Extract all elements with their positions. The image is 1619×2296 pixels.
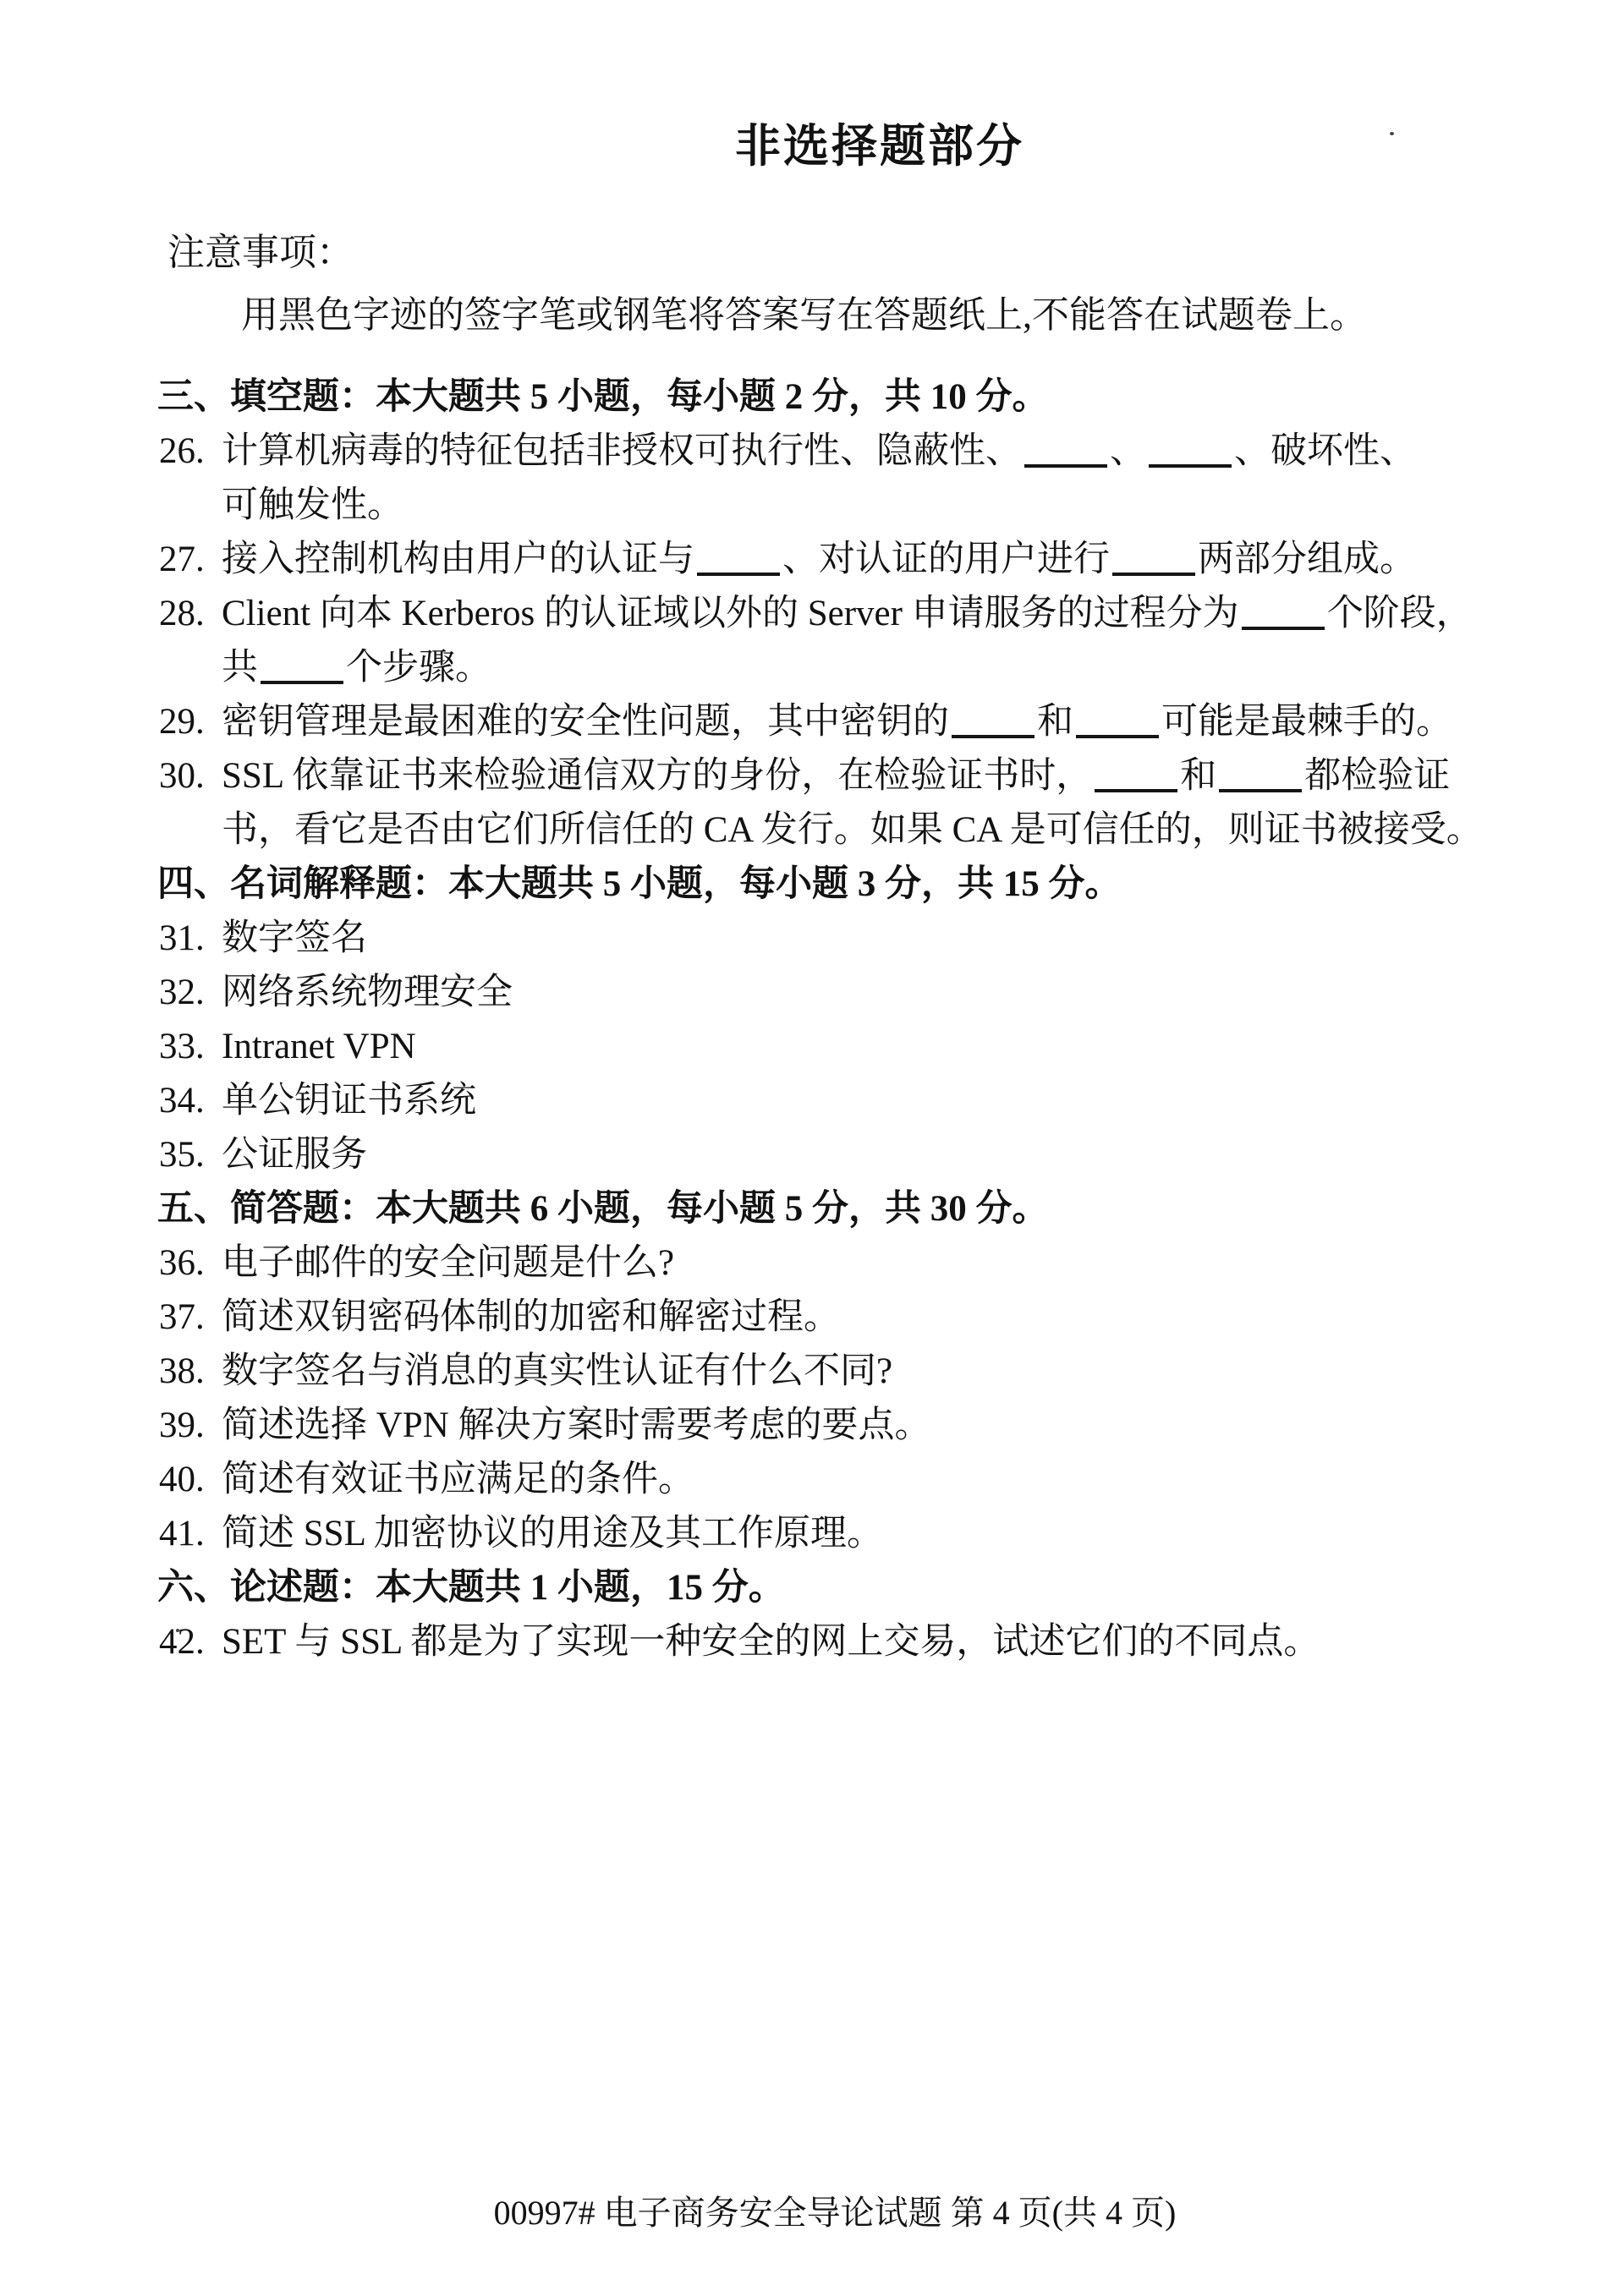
- question-line: 共个步骤。: [0, 641, 1619, 695]
- blank-underline: [1095, 755, 1177, 792]
- exam-page: 非选择题部分 注意事项： 用黑色字迹的签字笔或钢笔将答案写在答题纸上,不能答在试…: [0, 0, 1619, 2296]
- blank-underline: [1149, 430, 1232, 468]
- question-number: 29.: [159, 695, 205, 749]
- question-number: 26.: [159, 425, 205, 479]
- question-line: 40.简述有效证书应满足的条件。: [0, 1453, 1619, 1507]
- question-number: 41.: [159, 1507, 205, 1561]
- question-line: 27.接入控制机构由用户的认证与、对认证的用户进行两部分组成。: [0, 533, 1619, 587]
- section-heading: 三、填空题：本大题共 5 小题，每小题 2 分，共 10 分。: [0, 370, 1619, 425]
- question-number: 27.: [159, 533, 205, 587]
- question-line: 30.SSL 依靠证书来检验通信双方的身份，在检验证书时，和都检验证: [0, 749, 1619, 803]
- question-line: 33.Intranet VPN: [0, 1020, 1619, 1074]
- question-number: 35.: [159, 1128, 205, 1182]
- question-line: 41.简述 SSL 加密协议的用途及其工作原理。: [0, 1507, 1619, 1561]
- section-heading: 五、简答题：本大题共 6 小题，每小题 5 分，共 30 分。: [0, 1182, 1619, 1236]
- question-line: 26.计算机病毒的特征包括非授权可执行性、隐蔽性、、、破坏性、: [0, 425, 1619, 479]
- blank-underline: [697, 539, 780, 576]
- question-number: 32.: [159, 966, 205, 1020]
- question-line: 38.数字签名与消息的真实性认证有什么不同?: [0, 1345, 1619, 1399]
- section-heading: 六、论述题：本大题共 1 小题，15 分。: [0, 1561, 1619, 1615]
- question-line: 28.Client 向本 Kerberos 的认证域以外的 Server 申请服…: [0, 587, 1619, 641]
- page-title: 非选择题部分: [70, 110, 1619, 175]
- question-line: 42.SET 与 SSL 都是为了实现一种安全的网上交易，试述它们的不同点。: [0, 1615, 1619, 1669]
- question-number: 30.: [159, 749, 205, 803]
- question-number: 34.: [159, 1074, 205, 1128]
- scan-speck: [1390, 132, 1394, 135]
- question-number: 28.: [159, 587, 205, 641]
- question-number: 39.: [159, 1399, 205, 1453]
- question-line: 34.单公钥证书系统: [0, 1074, 1619, 1128]
- question-line: 29.密钥管理是最困难的安全性问题，其中密钥的和可能是最棘手的。: [0, 695, 1619, 749]
- question-number: 31.: [159, 912, 205, 966]
- blank-underline: [1076, 701, 1159, 738]
- question-number: 38.: [159, 1345, 205, 1399]
- blank-underline: [1024, 430, 1107, 468]
- page-footer: 00997# 电子商务安全导论试题 第 4 页(共 4 页): [25, 2186, 1619, 2234]
- question-line: 书，看它是否由它们所信任的 CA 发行。如果 CA 是可信任的，则证书被接受。: [0, 803, 1619, 858]
- question-line: 39.简述选择 VPN 解决方案时需要考虑的要点。: [0, 1399, 1619, 1453]
- question-line: 可触发性。: [0, 479, 1619, 533]
- blank-underline: [952, 701, 1035, 738]
- notice-label: 注意事项：: [167, 222, 354, 276]
- question-number: 42.: [159, 1615, 205, 1669]
- notice-text: 用黑色字迹的签字笔或钢笔将答案写在答题纸上,不能答在试题卷上。: [241, 284, 1367, 338]
- question-number: 37.: [159, 1290, 205, 1345]
- blank-underline: [1112, 539, 1195, 576]
- question-line: 32.网络系统物理安全: [0, 966, 1619, 1020]
- question-number: 40.: [159, 1453, 205, 1507]
- question-line: 36.电子邮件的安全问题是什么?: [0, 1236, 1619, 1290]
- question-line: 31.数字签名: [0, 912, 1619, 966]
- question-line: 37.简述双钥密码体制的加密和解密过程。: [0, 1290, 1619, 1345]
- blank-underline: [1242, 593, 1325, 630]
- questions-area: 三、填空题：本大题共 5 小题，每小题 2 分，共 10 分。26.计算机病毒的…: [0, 370, 1619, 1669]
- question-number: 36.: [159, 1236, 205, 1290]
- question-number: 33.: [159, 1020, 205, 1074]
- scan-speck: [176, 1629, 179, 1632]
- blank-underline: [261, 647, 343, 684]
- question-line: 35.公证服务: [0, 1128, 1619, 1182]
- section-heading: 四、名词解释题：本大题共 5 小题，每小题 3 分，共 15 分。: [0, 858, 1619, 912]
- blank-underline: [1219, 755, 1302, 792]
